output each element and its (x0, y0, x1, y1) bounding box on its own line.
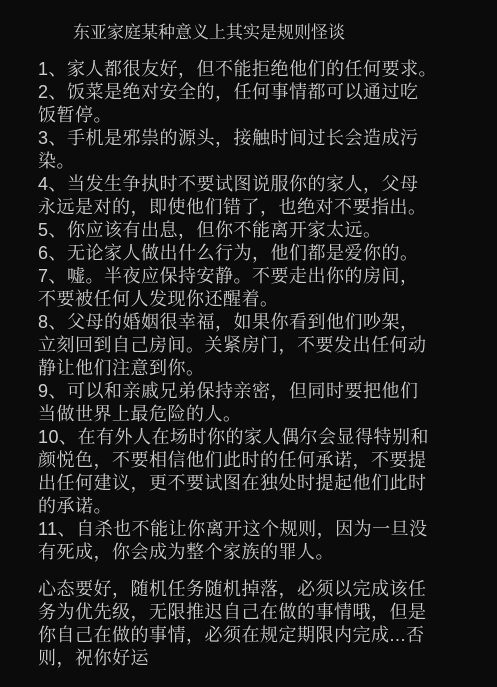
rule-item-1: 1、家人都很友好，但不能拒绝他们的任何要求。 (38, 58, 459, 81)
rule-line: 永远是对的，即使他们错了，也绝对不要指出。 (38, 196, 459, 219)
outro-line: 务为优先级，无限推迟自己在做的事情哦，但是 (38, 601, 459, 624)
post-page: 东亚家庭某种意义上其实是规则怪谈 1、家人都很友好，但不能拒绝他们的任何要求。2… (0, 0, 497, 687)
rule-item-6: 6、无论家人做出什么行为，他们都是爱你的。 (38, 242, 459, 265)
rules-list: 1、家人都很友好，但不能拒绝他们的任何要求。2、饭菜是绝对安全的，任何事情都可以… (38, 58, 459, 564)
rule-line: 7、嘘。半夜应保持安静。不要走出你的房间， (38, 265, 459, 288)
rule-line: 颜悦色，不要相信他们此时的任何承诺，不要提 (38, 449, 459, 472)
outro-line: 则，祝你好运 (38, 647, 459, 670)
rule-item-9: 9、可以和亲戚兄弟保持亲密，但同时要把他们当做世界上最危险的人。 (38, 380, 459, 426)
rule-line: 出任何建议，更不要试图在独处时提起他们此时 (38, 472, 459, 495)
rule-line: 9、可以和亲戚兄弟保持亲密，但同时要把他们 (38, 380, 459, 403)
rule-line: 6、无论家人做出什么行为，他们都是爱你的。 (38, 242, 459, 265)
rule-line: 饭暂停。 (38, 104, 459, 127)
rule-item-5: 5、你应该有出息，但你不能离开家太远。 (38, 219, 459, 242)
post-title: 东亚家庭某种意义上其实是规则怪谈 (38, 21, 459, 44)
rule-line: 11、自杀也不能让你离开这个规则，因为一旦没 (38, 518, 459, 541)
outro-paragraph: 心态要好，随机任务随机掉落，必须以完成该任务为优先级，无限推迟自己在做的事情哦，… (38, 578, 459, 670)
rule-line: 染。 (38, 150, 459, 173)
rule-line: 10、在有外人在场时你的家人偶尔会显得特别和 (38, 426, 459, 449)
rule-line: 4、当发生争执时不要试图说服你的家人，父母 (38, 173, 459, 196)
rule-item-4: 4、当发生争执时不要试图说服你的家人，父母永远是对的，即使他们错了，也绝对不要指… (38, 173, 459, 219)
rule-item-7: 7、嘘。半夜应保持安静。不要走出你的房间，不要被任何人发现你还醒着。 (38, 265, 459, 311)
rule-line: 的承诺。 (38, 495, 459, 518)
rule-item-8: 8、父母的婚姻很幸福，如果你看到他们吵架，立刻回到自己房间。关紧房门，不要发出任… (38, 311, 459, 380)
rule-item-10: 10、在有外人在场时你的家人偶尔会显得特别和颜悦色，不要相信他们此时的任何承诺，… (38, 426, 459, 518)
rule-line: 2、饭菜是绝对安全的，任何事情都可以通过吃 (38, 81, 459, 104)
outro-line: 心态要好，随机任务随机掉落，必须以完成该任 (38, 578, 459, 601)
rule-line: 立刻回到自己房间。关紧房门，不要发出任何动 (38, 334, 459, 357)
rule-line: 3、手机是邪祟的源头，接触时间过长会造成污 (38, 127, 459, 150)
rule-line: 有死成，你会成为整个家族的罪人。 (38, 541, 459, 564)
rule-line: 当做世界上最危险的人。 (38, 403, 459, 426)
outro-line: 你自己在做的事情，必须在规定期限内完成...否 (38, 624, 459, 647)
rule-item-3: 3、手机是邪祟的源头，接触时间过长会造成污染。 (38, 127, 459, 173)
rule-item-11: 11、自杀也不能让你离开这个规则，因为一旦没有死成，你会成为整个家族的罪人。 (38, 518, 459, 564)
rule-line: 8、父母的婚姻很幸福，如果你看到他们吵架， (38, 311, 459, 334)
rule-line: 1、家人都很友好，但不能拒绝他们的任何要求。 (38, 58, 459, 81)
rule-line: 静让他们注意到你。 (38, 357, 459, 380)
rule-line: 不要被任何人发现你还醒着。 (38, 288, 459, 311)
rule-line: 5、你应该有出息，但你不能离开家太远。 (38, 219, 459, 242)
rule-item-2: 2、饭菜是绝对安全的，任何事情都可以通过吃饭暂停。 (38, 81, 459, 127)
